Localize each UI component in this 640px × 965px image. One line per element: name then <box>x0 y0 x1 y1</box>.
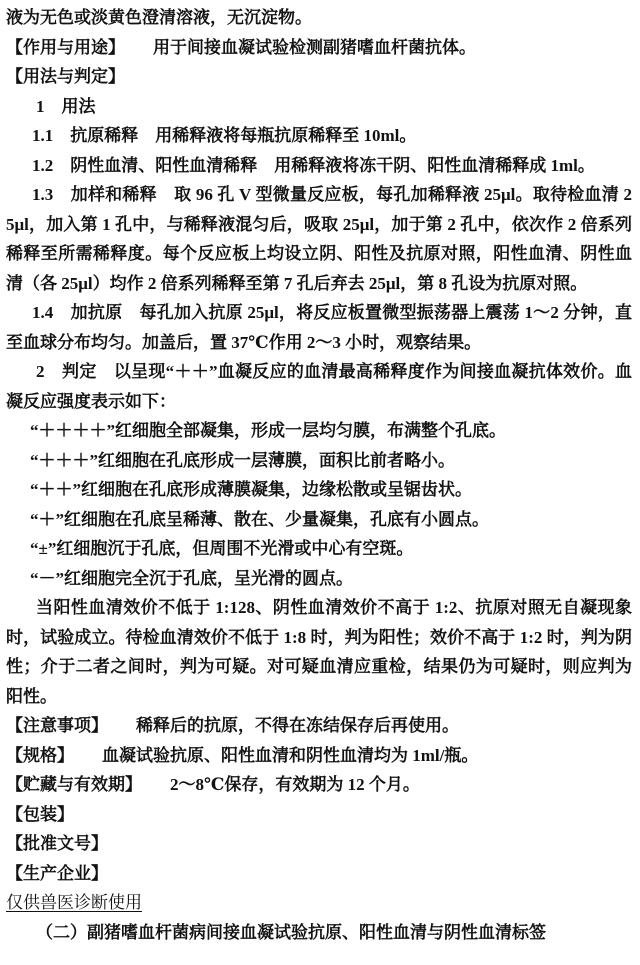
next-section-title: （二）副猪嗜血杆菌病间接血凝试验抗原、阳性血清与阴性血清标签 <box>6 918 632 948</box>
document-page: 液为无色或淡黄色澄清溶液，无沉淀物。 【作用与用途】用于间接血凝试验检测副猪嗜血… <box>0 0 640 965</box>
vet-only-notice-text: 仅供兽医诊断使用 <box>6 893 142 912</box>
usage-item-1-1: 1.1 抗原稀释 用稀释液将每瓶抗原稀释至 10ml。 <box>6 121 632 151</box>
section-storage: 【贮藏与有效期】2～8℃保存，有效期为 12 个月。 <box>6 770 632 800</box>
section-precautions-body: 稀释后的抗原，不得在冻结保存后再使用。 <box>136 716 459 735</box>
section-packaging-label: 【包装】 <box>6 800 632 830</box>
section-specification: 【规格】血凝试验抗原、阳性血清和阴性血清均为 1ml/瓶。 <box>6 741 632 771</box>
grade-line-2plus: “＋＋”红细胞在孔底形成薄膜凝集，边缘松散或呈锯齿状。 <box>6 475 632 505</box>
usage-item-1-2: 1.2 阴性血清、阳性血清稀释 用稀释液将冻干阴、阳性血清稀释成 1ml。 <box>6 151 632 181</box>
section-action-use-body: 用于间接血凝试验检测副猪嗜血杆菌抗体。 <box>153 38 476 57</box>
grade-line-1plus: “＋”红细胞在孔底呈稀薄、散在、少量凝集，孔底有小圆点。 <box>6 505 632 535</box>
section-manufacturer-label: 【生产企业】 <box>6 859 632 889</box>
usage-heading: 1 用法 <box>6 92 632 122</box>
grade-line-3plus: “＋＋＋”红细胞在孔底形成一层薄膜，面积比前者略小。 <box>6 446 632 476</box>
section-storage-body: 2～8℃保存，有效期为 12 个月。 <box>170 775 420 794</box>
section-specification-body: 血凝试验抗原、阳性血清和阴性血清均为 1ml/瓶。 <box>102 746 478 765</box>
section-approval-number-label: 【批准文号】 <box>6 829 632 859</box>
usage-item-1-4: 1.4 加抗原 每孔加入抗原 25μl，将反应板置微型振荡器上震荡 1～2 分钟… <box>6 298 632 357</box>
section-storage-label: 【贮藏与有效期】 <box>6 775 142 794</box>
judgement-heading: 2 判定 以呈现“＋＋”血凝反应的血清最高稀释度作为间接血凝抗体效价。血凝反应强… <box>6 357 632 416</box>
grade-line-minus: “－”红细胞完全沉于孔底，呈光滑的圆点。 <box>6 564 632 594</box>
section-precautions-label: 【注意事项】 <box>6 716 108 735</box>
section-action-use-label: 【作用与用途】 <box>6 38 125 57</box>
vet-only-notice: 仅供兽医诊断使用 <box>6 888 632 918</box>
section-action-use: 【作用与用途】用于间接血凝试验检测副猪嗜血杆菌抗体。 <box>6 33 632 63</box>
grade-line-4plus: “＋＋＋＋”红细胞全部凝集，形成一层均匀膜，布满整个孔底。 <box>6 416 632 446</box>
grade-line-plus-minus: “±”红细胞沉于孔底，但周围不光滑或中心有空斑。 <box>6 534 632 564</box>
continuation-line: 液为无色或淡黄色澄清溶液，无沉淀物。 <box>6 3 632 33</box>
section-specification-label: 【规格】 <box>6 746 74 765</box>
section-usage-judgement-label: 【用法与判定】 <box>6 62 632 92</box>
usage-item-1-3: 1.3 加样和稀释 取 96 孔 V 型微量反应板，每孔加稀释液 25μl。取待… <box>6 180 632 298</box>
judgement-criteria: 当阳性血清效价不低于 1:128、阴性血清效价不高于 1:2、抗原对照无自凝现象… <box>6 593 632 711</box>
section-precautions: 【注意事项】稀释后的抗原，不得在冻结保存后再使用。 <box>6 711 632 741</box>
